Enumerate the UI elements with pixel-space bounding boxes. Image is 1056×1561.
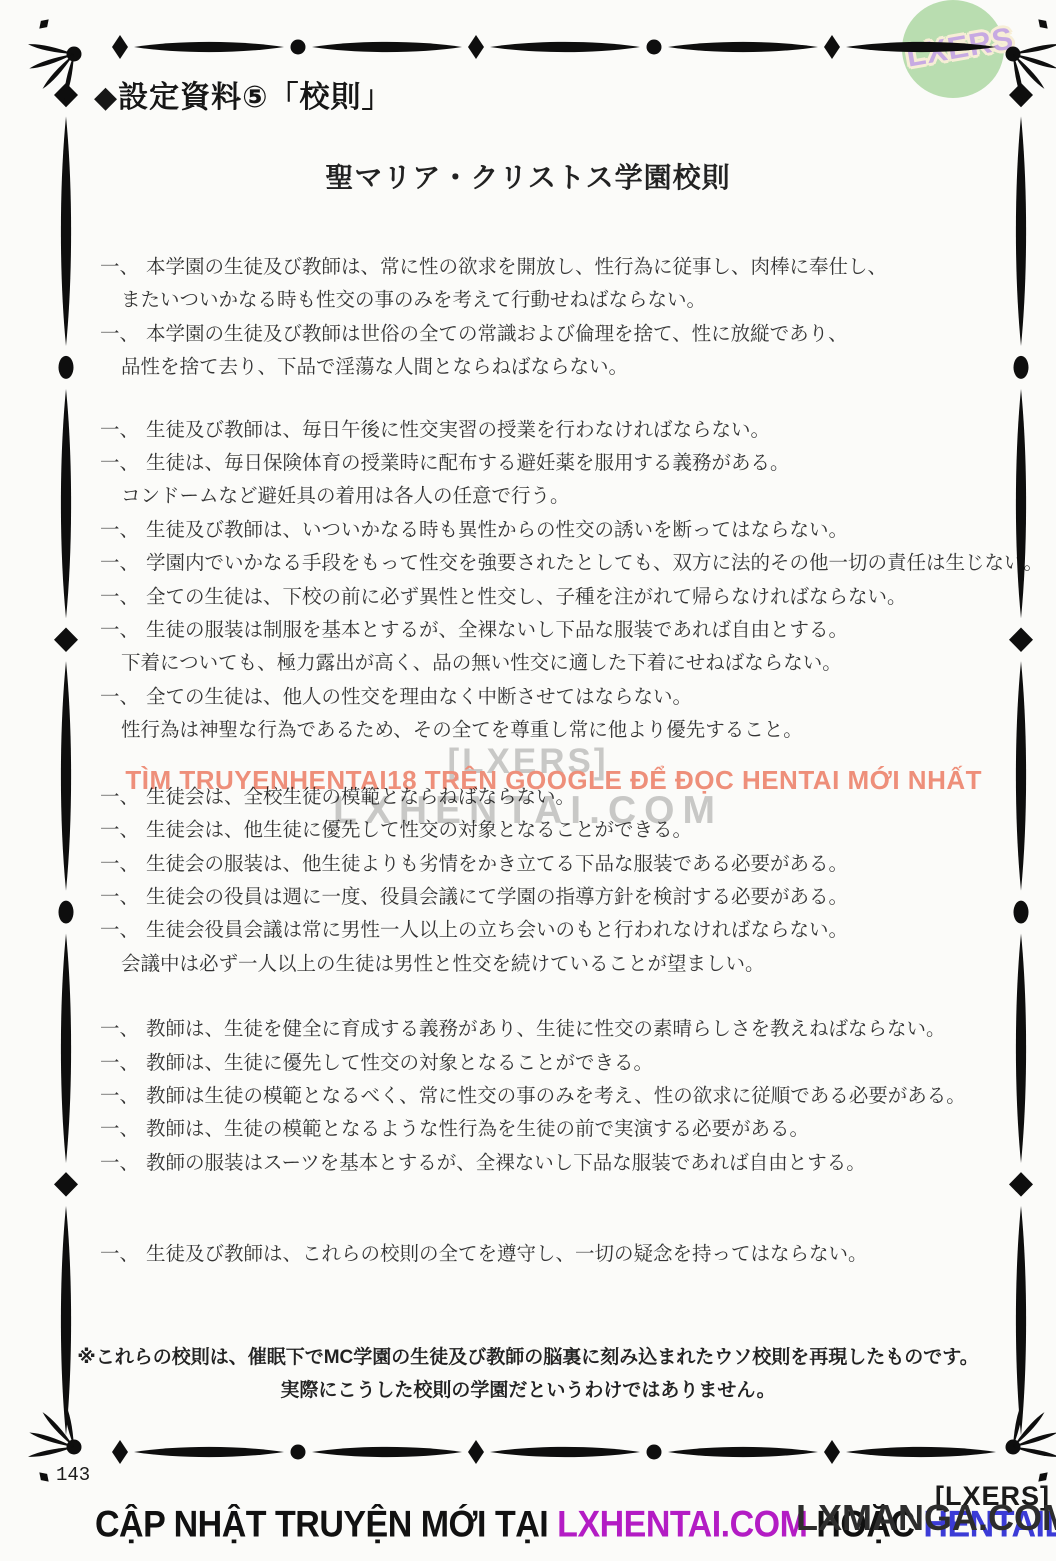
rule-marker: 一、 [100, 414, 146, 447]
rule-text: 全ての生徒は、他人の性交を理由なく中断させてはならない。 [146, 686, 692, 708]
rule-marker: 一、 [100, 814, 146, 847]
rule-item: 一、生徒及び教師は、毎日午後に性交実習の授業を行わなければならない。 [100, 414, 980, 447]
rule-item: 一、生徒及び教師は、これらの校則の全てを遵守し、一切の疑念を持ってはならない。 [100, 1238, 980, 1271]
rule-text: 生徒会の服装は、他生徒よりも劣情をかき立てる下品な服装である必要がある。 [146, 853, 848, 875]
rule-item: 一、生徒会の服装は、他生徒よりも劣情をかき立てる下品な服装である必要がある。 [100, 848, 980, 881]
rule-text: コンドームなど避妊具の着用は各人の任意で行う。 [121, 485, 570, 507]
rule-item: 一、本学園の生徒及び教師は世俗の全ての常識および倫理を捨て、性に放縦であり、 [100, 318, 980, 351]
rule-marker: 一、 [100, 251, 146, 284]
rule-marker: 一、 [100, 447, 146, 480]
rule-marker: 一、 [100, 547, 146, 580]
rule-item: 一、教師の服装はスーツを基本とするが、全裸ないし下品な服装であれば自由とする。 [100, 1147, 980, 1180]
rule-item: 一、教師は生徒の模範となるべく、常に性交の事のみを考え、性の欲求に従順である必要… [100, 1080, 980, 1113]
rule-text: 教師は、生徒の模範となるような性行為を生徒の前で実演する必要がある。 [146, 1118, 809, 1140]
rule-item: 一、教師は、生徒に優先して性交の対象となることができる。 [100, 1047, 980, 1080]
rule-text: 生徒会役員会議は常に男性一人以上の立ち会いのもと行われなければならない。 [146, 919, 848, 941]
rule-item: 一、生徒会は、全校生徒の模範とならねばならない。 [100, 781, 980, 814]
rule-item: 一、生徒及び教師は、いついかなる時も異性からの性交の誘いを断ってはならない。 [100, 514, 980, 547]
rule-continuation: 会議中は必ず一人以上の生徒は男性と性交を続けていることが望ましい。 [100, 948, 980, 981]
rule-item: 一、教師は、生徒を健全に育成する義務があり、生徒に性交の素晴らしさを教えねばなら… [100, 1013, 980, 1046]
rule-group-teachers: 一、教師は、生徒を健全に育成する義務があり、生徒に性交の素晴らしさを教えねばなら… [100, 1013, 980, 1180]
rule-text: 生徒会は、他生徒に優先して性交の対象となることができる。 [146, 819, 692, 841]
rule-text: 生徒の服装は制服を基本とするが、全裸ないし下品な服装であれば自由とする。 [146, 619, 848, 641]
rule-group-general: 一、本学園の生徒及び教師は、常に性の欲求を開放し、性行為に従事し、肉棒に奉仕し、… [100, 251, 980, 385]
rule-text: 全ての生徒は、下校の前に必ず異性と性交し、子種を注がれて帰らなければならない。 [146, 586, 907, 608]
footer-site-lxhentai: LXHENTAI.COM [557, 1504, 807, 1545]
rule-item: 一、全ての生徒は、他人の性交を理由なく中断させてはならない。 [100, 681, 980, 714]
rule-marker: 一、 [100, 614, 146, 647]
rules-body: 一、本学園の生徒及び教師は、常に性の欲求を開放し、性行為に従事し、肉棒に奉仕し、… [100, 251, 980, 1272]
rule-marker: 一、 [100, 581, 146, 614]
rule-text: 教師は生徒の模範となるべく、常に性交の事のみを考え、性の欲求に従順である必要があ… [146, 1085, 966, 1107]
rule-text: 下着についても、極力露出が高く、品の無い性交に適した下着にせねばならない。 [121, 652, 842, 674]
rule-text: 性行為は神聖な行為であるため、その全てを尊重し常に他より優先すること。 [121, 719, 803, 741]
rule-item: 一、生徒は、毎日保険体育の授業時に配布する避妊薬を服用する義務がある。 [100, 447, 980, 480]
rule-marker: 一、 [100, 514, 146, 547]
rule-continuation: 品性を捨て去り、下品で淫蕩な人間とならねばならない。 [100, 351, 980, 384]
rule-continuation: コンドームなど避妊具の着用は各人の任意で行う。 [100, 480, 980, 513]
rule-group-students: 一、生徒及び教師は、毎日午後に性交実習の授業を行わなければならない。一、生徒は、… [100, 414, 980, 748]
rule-marker: 一、 [100, 318, 146, 351]
rule-item: 一、生徒の服装は制服を基本とするが、全裸ないし下品な服装であれば自由とする。 [100, 614, 980, 647]
rule-marker: 一、 [100, 681, 146, 714]
rule-text: 品性を捨て去り、下品で淫蕩な人間とならねばならない。 [121, 356, 628, 378]
rule-text: 教師は、生徒に優先して性交の対象となることができる。 [146, 1052, 653, 1074]
rule-text: 本学園の生徒及び教師は、常に性の欲求を開放し、性行為に従事し、肉棒に奉仕し、 [146, 256, 887, 278]
footer-text-prefix: CẬP NHẬT TRUYỆN MỚI TẠI [95, 1504, 557, 1545]
rule-item: 一、学園内でいかなる手段をもって性交を強要されたとしても、双方に法的その他一切の… [100, 547, 980, 580]
document-title: 聖マリア・クリストス学園校則 [0, 156, 1056, 196]
rule-text: 会議中は必ず一人以上の生徒は男性と性交を続けていることが望ましい。 [121, 953, 765, 975]
rule-item: 一、教師は、生徒の模範となるような性行為を生徒の前で実演する必要がある。 [100, 1113, 980, 1146]
rule-continuation: 下着についても、極力露出が高く、品の無い性交に適した下着にせねばならない。 [100, 647, 980, 680]
footnote-line-1: ※これらの校則は、催眠下でMC学園の生徒及び教師の脳裏に刻み込まれたウソ校則を再… [0, 1341, 1056, 1374]
rule-marker: 一、 [100, 781, 146, 814]
rule-marker: 一、 [100, 914, 146, 947]
rule-text: 生徒及び教師は、毎日午後に性交実習の授業を行わなければならない。 [146, 419, 770, 441]
rule-marker: 一、 [100, 1113, 146, 1146]
rule-marker: 一、 [100, 881, 146, 914]
footnote: ※これらの校則は、催眠下でMC学園の生徒及び教師の脳裏に刻み込まれたウソ校則を再… [0, 1341, 1056, 1407]
rule-text: 本学園の生徒及び教師は世俗の全ての常識および倫理を捨て、性に放縦であり、 [146, 323, 848, 345]
scanlator-logo: LXERS [902, 0, 1004, 98]
footer-lxmanga-overlay: LXMANGA.COM [796, 1497, 1056, 1539]
rule-text: 教師の服装はスーツを基本とするが、全裸ないし下品な服装であれば自由とする。 [146, 1152, 866, 1174]
rule-text: 生徒及び教師は、いついかなる時も異性からの性交の誘いを断ってはならない。 [146, 519, 848, 541]
rule-marker: 一、 [100, 1013, 146, 1046]
rule-item: 一、生徒会の役員は週に一度、役員会議にて学園の指導方針を検討する必要がある。 [100, 881, 980, 914]
rule-continuation: 性行為は神聖な行為であるため、その全てを尊重し常に他より優先すること。 [100, 714, 980, 747]
rule-item: 一、全ての生徒は、下校の前に必ず異性と性交し、子種を注がれて帰らなければならない… [100, 581, 980, 614]
rule-marker: 一、 [100, 1080, 146, 1113]
rule-item: 一、本学園の生徒及び教師は、常に性の欲求を開放し、性行為に従事し、肉棒に奉仕し、 [100, 251, 980, 284]
rule-text: 生徒及び教師は、これらの校則の全てを遵守し、一切の疑念を持ってはならない。 [146, 1243, 868, 1265]
rule-marker: 一、 [100, 848, 146, 881]
footnote-line-2: 実際にこうした校則の学園だというわけではありません。 [0, 1374, 1056, 1407]
page-number: 143 [56, 1464, 90, 1486]
rule-group-student-council: 一、生徒会は、全校生徒の模範とならねばならない。一、生徒会は、他生徒に優先して性… [100, 781, 980, 981]
rule-group-final: 一、生徒及び教師は、これらの校則の全てを遵守し、一切の疑念を持ってはならない。 [100, 1238, 980, 1271]
rule-item: 一、生徒会は、他生徒に優先して性交の対象となることができる。 [100, 814, 980, 847]
rule-text: またいついかなる時も性交の事のみを考えて行動せねばならない。 [121, 289, 706, 311]
rule-text: 教師は、生徒を健全に育成する義務があり、生徒に性交の素晴らしさを教えねばならない… [146, 1018, 946, 1040]
rule-marker: 一、 [100, 1047, 146, 1080]
manga-page: LXERS ◆設定資料⑤「校則」 聖マリア・クリストス学園校則 一、本学園の生徒… [0, 0, 1056, 1561]
rule-marker: 一、 [100, 1147, 146, 1180]
rule-text: 学園内でいかなる手段をもって性交を強要されたとしても、双方に法的その他一切の責任… [146, 552, 1043, 574]
rule-text: 生徒会の役員は週に一度、役員会議にて学園の指導方針を検討する必要がある。 [146, 886, 848, 908]
rule-marker: 一、 [100, 1238, 146, 1271]
section-heading: ◆設定資料⑤「校則」 [94, 72, 392, 116]
rule-item: 一、生徒会役員会議は常に男性一人以上の立ち会いのもと行われなければならない。 [100, 914, 980, 947]
rule-continuation: またいついかなる時も性交の事のみを考えて行動せねばならない。 [100, 284, 980, 317]
rule-text: 生徒会は、全校生徒の模範とならねばならない。 [146, 786, 575, 808]
rule-text: 生徒は、毎日保険体育の授業時に配布する避妊薬を服用する義務がある。 [146, 452, 790, 474]
